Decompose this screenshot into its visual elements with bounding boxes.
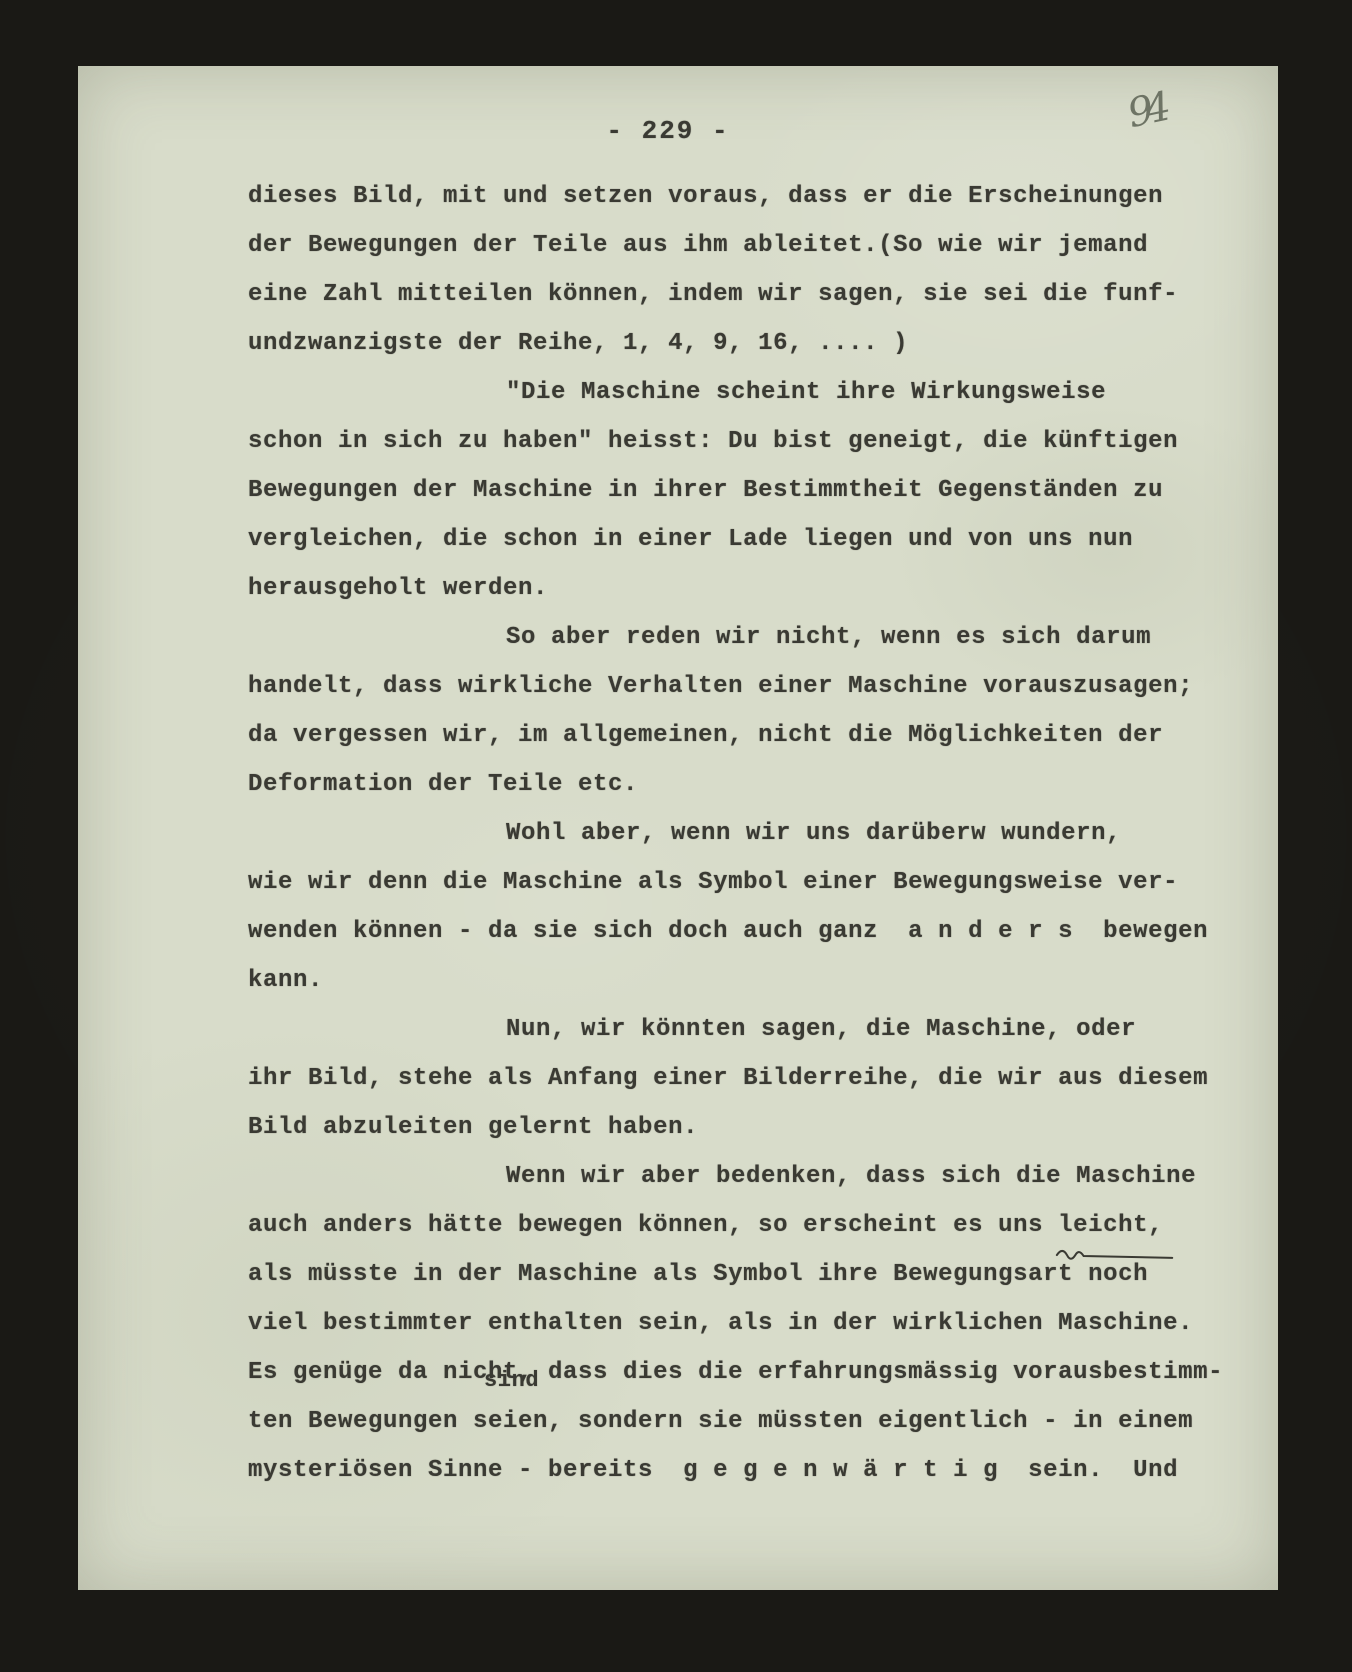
typescript-line: wenden können - da sie sich doch auch ga… [248,907,1188,956]
paper-page: 94 - 229 - dieses Bild, mit und setzen v… [78,66,1278,1590]
typescript-line: mysteriösen Sinne - bereits g e g e n w … [248,1446,1188,1495]
typescript-line: ihr Bild, stehe als Anfang einer Bilderr… [248,1054,1188,1103]
page-number: - 229 - [78,116,1258,146]
typescript-text-block: dieses Bild, mit und setzen voraus, dass… [248,172,1188,1495]
typescript-line: der Bewegungen der Teile aus ihm ableite… [248,221,1188,270]
scan-background: 94 - 229 - dieses Bild, mit und setzen v… [0,0,1352,1672]
typescript-line: Wohl aber, wenn wir uns darüberw wundern… [248,809,1188,858]
typescript-line: "Die Maschine scheint ihre Wirkungsweise [248,368,1188,417]
typescript-line: Bild abzuleiten gelernt haben. [248,1103,1188,1152]
typescript-line: Bewegungen der Maschine in ihrer Bestimm… [248,466,1188,515]
typescript-line: dieses Bild, mit und setzen voraus, dass… [248,172,1188,221]
typescript-line: da vergessen wir, im allgemeinen, nicht … [248,711,1188,760]
typescript-line: vergleichen, die schon in einer Lade lie… [248,515,1188,564]
typescript-line: undzwanzigste der Reihe, 1, 4, 9, 16, ..… [248,319,1188,368]
typescript-line: als müsste in der Maschine als Symbol ih… [248,1250,1188,1299]
typescript-line: herausgeholt werden. [248,564,1188,613]
typescript-line: Es genüge da nicht, dass dies die erfahr… [248,1348,1188,1397]
typescript-line: viel bestimmter enthalten sein, als in d… [248,1299,1188,1348]
typescript-line: So aber reden wir nicht, wenn es sich da… [248,613,1188,662]
typescript-line: schon in sich zu haben" heisst: Du bist … [248,417,1188,466]
typescript-line: kann. [248,956,1188,1005]
typescript-line: wie wir denn die Maschine als Symbol ein… [248,858,1188,907]
hand-underlined-word: leicht, [1058,1201,1163,1250]
interline-insertion: sind [484,1368,539,1393]
typescript-line: auch anders hätte bewegen können, so ers… [248,1201,1188,1250]
hand-underline-stroke [1055,1248,1175,1264]
typescript-line: Wenn wir aber bedenken, dass sich die Ma… [248,1152,1188,1201]
typescript-line: Deformation der Teile etc. [248,760,1188,809]
typescript-line: Nun, wir könnten sagen, die Maschine, od… [248,1005,1188,1054]
typescript-line: handelt, dass wirkliche Verhalten einer … [248,662,1188,711]
typescript-line: ten Bewegungen seien, sondern sie müsste… [248,1397,1188,1446]
typescript-line: eine Zahl mitteilen können, indem wir sa… [248,270,1188,319]
